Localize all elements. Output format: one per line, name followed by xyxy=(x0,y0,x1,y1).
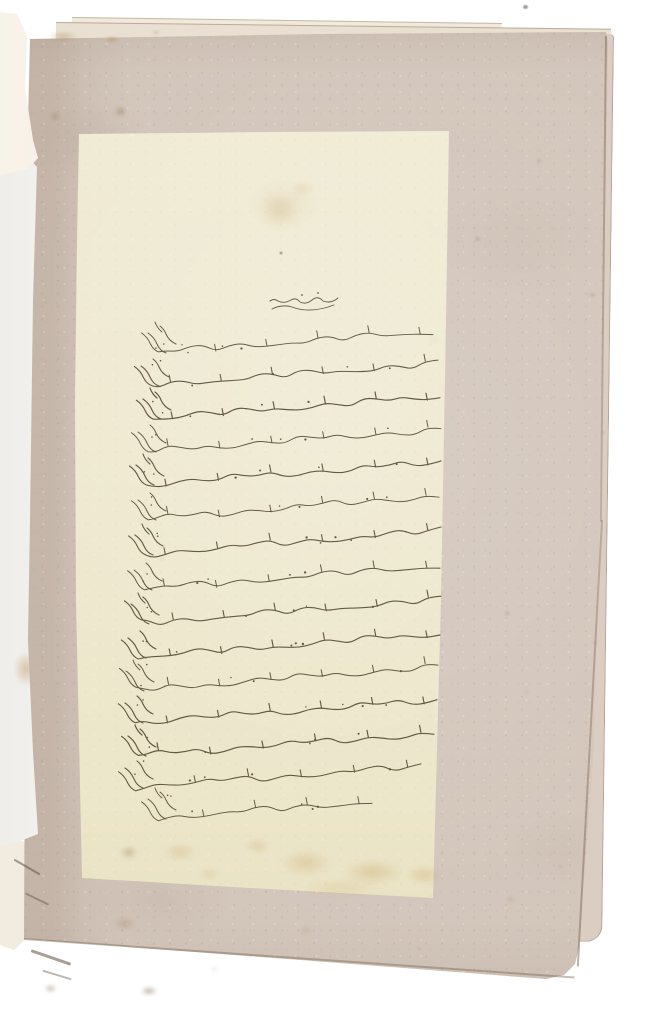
gutter-fold-line-4 xyxy=(42,970,71,981)
gutter-fold-line-3 xyxy=(31,949,72,965)
book-photograph xyxy=(0,0,650,1024)
foxing-spot xyxy=(44,984,57,993)
foxing-spot xyxy=(210,966,218,972)
foxing-spot xyxy=(140,986,158,996)
dust-speck xyxy=(523,5,528,9)
